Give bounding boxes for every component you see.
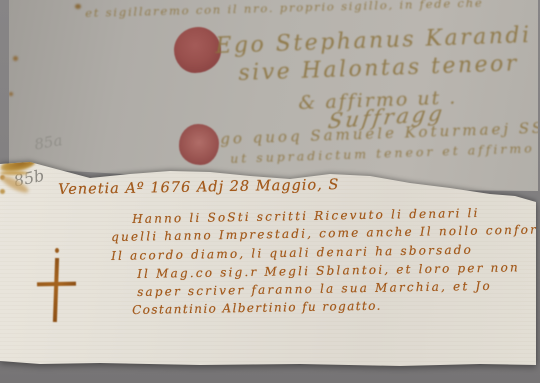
handwritten-line: saper scriver faranno la sua Marchia, et… <box>137 279 492 299</box>
foxing-spot <box>9 92 13 96</box>
cross-mark-icon <box>53 258 59 322</box>
lower-document-fragment: 85b Venetia Aº 1676 Adj 28 Maggio, S Han… <box>0 158 536 370</box>
ink-stain <box>0 189 5 194</box>
handwritten-line: quelli hanno Imprestadi, come anche Il n… <box>111 222 540 244</box>
foxing-spot <box>75 4 81 9</box>
handwritten-line: Costantinio Albertinio fu rogatto. <box>132 299 382 317</box>
archival-label-85a: 85a <box>33 131 64 154</box>
manuscript-photo: 85a et sigillaremo con il nro. proprio s… <box>0 0 540 383</box>
lower-document-wrap: 85b Venetia Aº 1676 Adj 28 Maggio, S Han… <box>0 158 540 383</box>
cross-mark-icon <box>37 282 76 287</box>
handwritten-line: et sigillaremo con il nro. proprio sigil… <box>85 0 484 20</box>
handwritten-line: Hanno li SoSti scritti Ricevuto li denar… <box>132 206 480 226</box>
ink-stain <box>0 171 28 175</box>
foxing-spot <box>13 56 18 61</box>
handwritten-line: Il Mag.co sig.r Megli Sblantoi, et loro … <box>137 260 520 281</box>
handwritten-line: Il acordo diamo, li quali denari ha sbor… <box>111 243 473 263</box>
dateline: Venetia Aº 1676 Adj 28 Maggio, S <box>58 177 340 198</box>
cross-mark-dot <box>55 248 59 253</box>
wax-seal-icon <box>174 27 221 73</box>
